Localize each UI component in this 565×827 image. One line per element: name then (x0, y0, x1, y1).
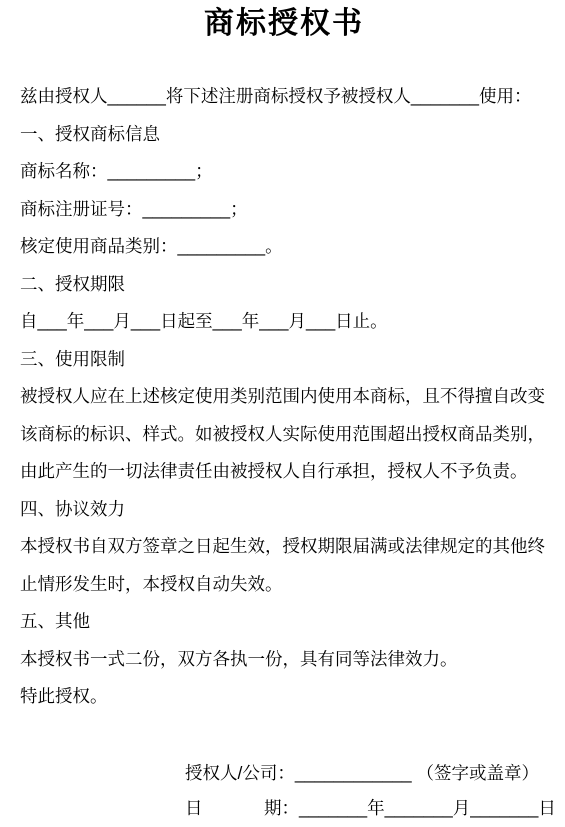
section-3-heading: 三、使用限制 (20, 341, 548, 379)
signer-blank: ____________ (295, 763, 412, 783)
document-page: 商标授权书 兹由授权人______将下述注册商标授权予被授权人_______使用… (0, 0, 565, 827)
approved-goods-category-line: 核定使用商品类别：_________。 (20, 228, 548, 266)
agreement-effect-paragraph: 本授权书自双方签章之日起生效，授权期限届满或法律规定的其他终止情形发生时，本授权… (20, 528, 548, 603)
trademark-registration-number-line: 商标注册证号：_________； (20, 191, 548, 229)
signer-seal-note: （签字或盖章） (417, 763, 540, 783)
date-label-second-char: 期： (264, 791, 299, 826)
date-label: 日期： (185, 791, 299, 826)
signer-row: 授权人/公司：____________ （签字或盖章） (185, 756, 548, 791)
date-label-first-char: 日 (185, 791, 203, 826)
section-2-heading: 二、授权期限 (20, 266, 548, 304)
usage-restriction-paragraph: 被授权人应在上述核定使用类别范围内使用本商标，且不得擅自改变该商标的标识、样式。… (20, 378, 548, 491)
counterparts-line: 本授权书一式二份，双方各执一份，具有同等法律效力。 (20, 641, 548, 679)
section-5-heading: 五、其他 (20, 603, 548, 641)
date-row: 日期：_______年_______月_______日 (185, 791, 548, 826)
document-body: 兹由授权人______将下述注册商标授权予被授权人_______使用： 一、授权… (20, 78, 548, 716)
section-4-heading: 四、协议效力 (20, 491, 548, 529)
trademark-name-line: 商标名称：_________； (20, 153, 548, 191)
hereby-authorize-line: 特此授权。 (20, 678, 548, 716)
authorization-period-line: 自___年___月___日起至___年___月___日止。 (20, 303, 548, 341)
document-title: 商标授权书 (20, 6, 548, 42)
intro-paragraph: 兹由授权人______将下述注册商标授权予被授权人_______使用： (20, 78, 548, 116)
signature-block: 授权人/公司：____________ （签字或盖章） 日期：_______年_… (185, 756, 548, 826)
signer-label: 授权人/公司： (185, 763, 295, 783)
section-1-heading: 一、授权商标信息 (20, 116, 548, 154)
date-blanks: _______年_______月_______日 (299, 798, 556, 818)
